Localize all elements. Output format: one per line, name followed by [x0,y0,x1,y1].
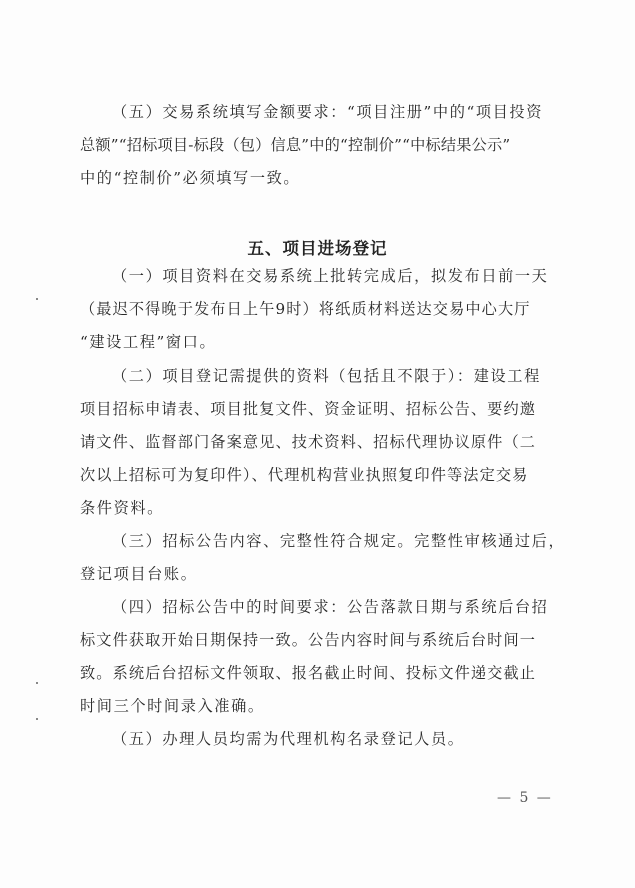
scan-speck [36,682,38,684]
paragraph-line: “建设工程”窗口。 [80,332,552,352]
paragraph-line: 标文件获取开始日期保持一致。公告内容时间与系统后台时间一 [80,630,552,650]
paragraph-line: （最迟不得晚于发布日上午9时）将纸质材料送达交易中心大厅 [80,299,552,319]
paragraph-line: 中的“控制价”必须填写一致。 [80,168,552,188]
paragraph-line: 总额”“招标项目-标段（包）信息”中的“控制价”“中标结果公示” [80,135,552,155]
scan-speck [36,718,38,720]
paragraph-line: （五）交易系统填写金额要求：“项目注册”中的“项目投资 [112,102,552,122]
paragraph-line: 次以上招标可为复印件）、代理机构营业执照复印件等法定交易 [80,465,552,485]
section-heading: 五、项目进场登记 [0,235,635,259]
paragraph-line: 条件资料。 [80,498,552,518]
paragraph-line: 登记项目台账。 [80,564,552,584]
scan-speck [36,298,38,300]
paragraph-line: 致。系统后台招标文件领取、报名截止时间、投标文件递交截止 [80,663,552,683]
paragraph-line: 时间三个时间录入准确。 [80,696,552,716]
page-number: — 5 — [497,790,553,806]
paragraph-line: （三）招标公告内容、完整性符合规定。完整性审核通过后， [112,531,552,551]
document-page: （五）交易系统填写金额要求：“项目注册”中的“项目投资 总额”“招标项目-标段（… [0,0,635,888]
paragraph-line: 项目招标申请表、项目批复文件、资金证明、招标公告、要约邀 [80,399,552,419]
paragraph-line: （五）办理人员均需为代理机构名录登记人员。 [112,729,552,749]
paragraph-line: （一）项目资料在交易系统上批转完成后，拟发布日前一天 [112,266,552,286]
paragraph-line: （四）招标公告中的时间要求：公告落款日期与系统后台招 [112,597,552,617]
paragraph-line: 请文件、监督部门备案意见、技术资料、招标代理协议原件（二 [80,432,552,452]
paragraph-line: （二）项目登记需提供的资料（包括且不限于）：建设工程 [112,366,552,386]
